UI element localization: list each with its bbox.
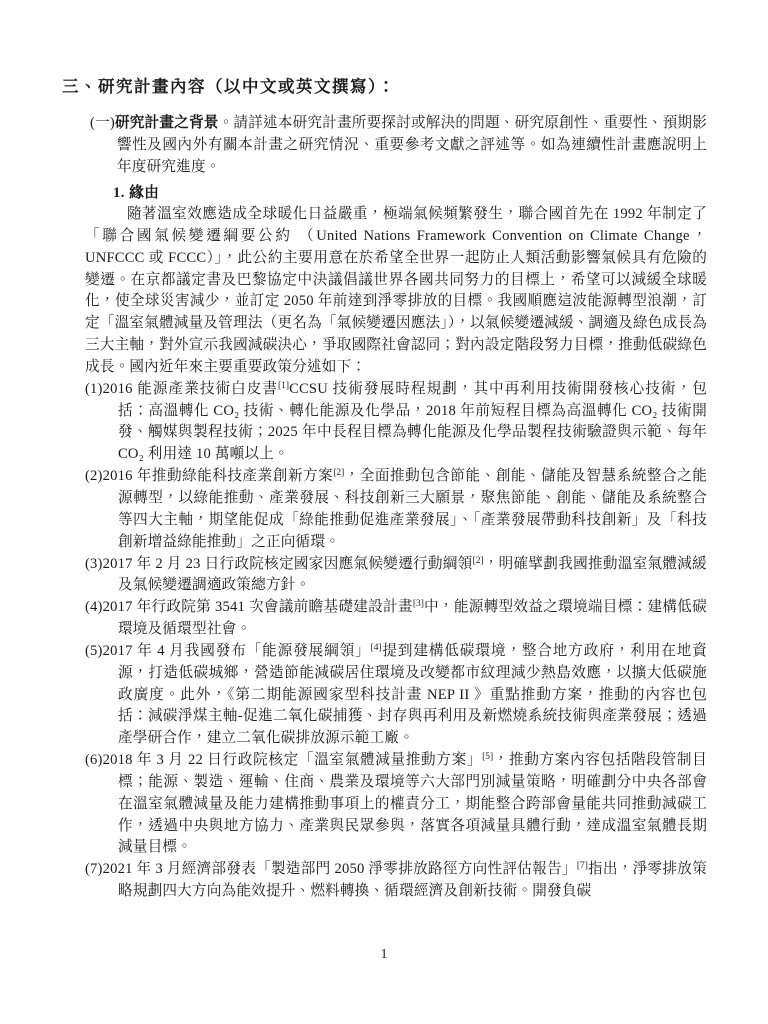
- section-background: (一)研究計畫之背景。請詳述本研究計畫所要探討或解決的問題、研究原創性、重要性、…: [90, 112, 707, 178]
- policy-item-5: (5)2017 年 4 月我國發布「能源發展綱領」[4]提到建構低碳環境，整合地…: [85, 641, 707, 750]
- item-marker: (6): [85, 752, 103, 768]
- item-marker: (2): [85, 468, 103, 484]
- policy-item-3: (3)2017 年 2 月 23 日行政院核定國家因應氣候變遷行動綱領[2]，明…: [85, 554, 707, 598]
- page-title: 三、研究計畫內容（以中文或英文撰寫）：: [62, 76, 707, 97]
- policy-item-2: (2)2016 年推動綠能科技產業創新方案[2]，全面推動包含節能、創能、儲能及…: [85, 466, 707, 553]
- item-marker: (7): [85, 861, 103, 877]
- intro-paragraph: 隨著溫室效應造成全球暖化日益嚴重，極端氣候頻繁發生，聯合國首先在 1992 年制…: [85, 204, 707, 379]
- document-content: 三、研究計畫內容（以中文或英文撰寫）： (一)研究計畫之背景。請詳述本研究計畫所…: [62, 76, 707, 903]
- item-text: 2018 年 3 月 22 日行政院核定「溫室氣體減量推動方案」[5]，推動方案…: [103, 752, 707, 855]
- policy-item-1: (1)2016 能源產業技術白皮書[1]CCSU 技術發展時程規劃，其中再利用技…: [85, 379, 707, 466]
- policy-item-7: (7)2021 年 3 月經濟部發表「製造部門 2050 淨零排放路徑方向性評估…: [85, 859, 707, 903]
- item-marker: (1): [85, 381, 103, 397]
- document-page: 三、研究計畫內容（以中文或英文撰寫）： (一)研究計畫之背景。請詳述本研究計畫所…: [0, 0, 768, 1024]
- policy-item-6: (6)2018 年 3 月 22 日行政院核定「溫室氣體減量推動方案」[5]，推…: [85, 750, 707, 859]
- item-text: 2016 能源產業技術白皮書[1]CCSU 技術發展時程規劃，其中再利用技術開發…: [103, 381, 707, 463]
- section-label: (一): [90, 115, 115, 131]
- item-text: 2017 年 4 月我國發布「能源發展綱領」[4]提到建構低碳環境，整合地方政府…: [103, 643, 707, 746]
- item-marker: (5): [85, 643, 103, 659]
- item-marker: (3): [85, 556, 103, 572]
- section-title: 研究計畫之背景: [115, 115, 219, 131]
- page-number: 1: [0, 946, 768, 962]
- item-marker: (4): [85, 599, 103, 615]
- subsection-heading: 1. 緣由: [113, 182, 707, 204]
- item-text: 2017 年行政院第 3541 次會議前瞻基礎建設計畫[3]中，能源轉型效益之環…: [103, 599, 707, 637]
- item-text: 2017 年 2 月 23 日行政院核定國家因應氣候變遷行動綱領[2]，明確擘劃…: [103, 556, 707, 594]
- item-text: 2016 年推動綠能科技產業創新方案[2]，全面推動包含節能、創能、儲能及智慧系…: [103, 468, 707, 550]
- policy-list: (1)2016 能源產業技術白皮書[1]CCSU 技術發展時程規劃，其中再利用技…: [85, 379, 707, 903]
- policy-item-4: (4)2017 年行政院第 3541 次會議前瞻基礎建設計畫[3]中，能源轉型效…: [85, 597, 707, 641]
- item-text: 2021 年 3 月經濟部發表「製造部門 2050 淨零排放路徑方向性評估報告」…: [103, 861, 707, 899]
